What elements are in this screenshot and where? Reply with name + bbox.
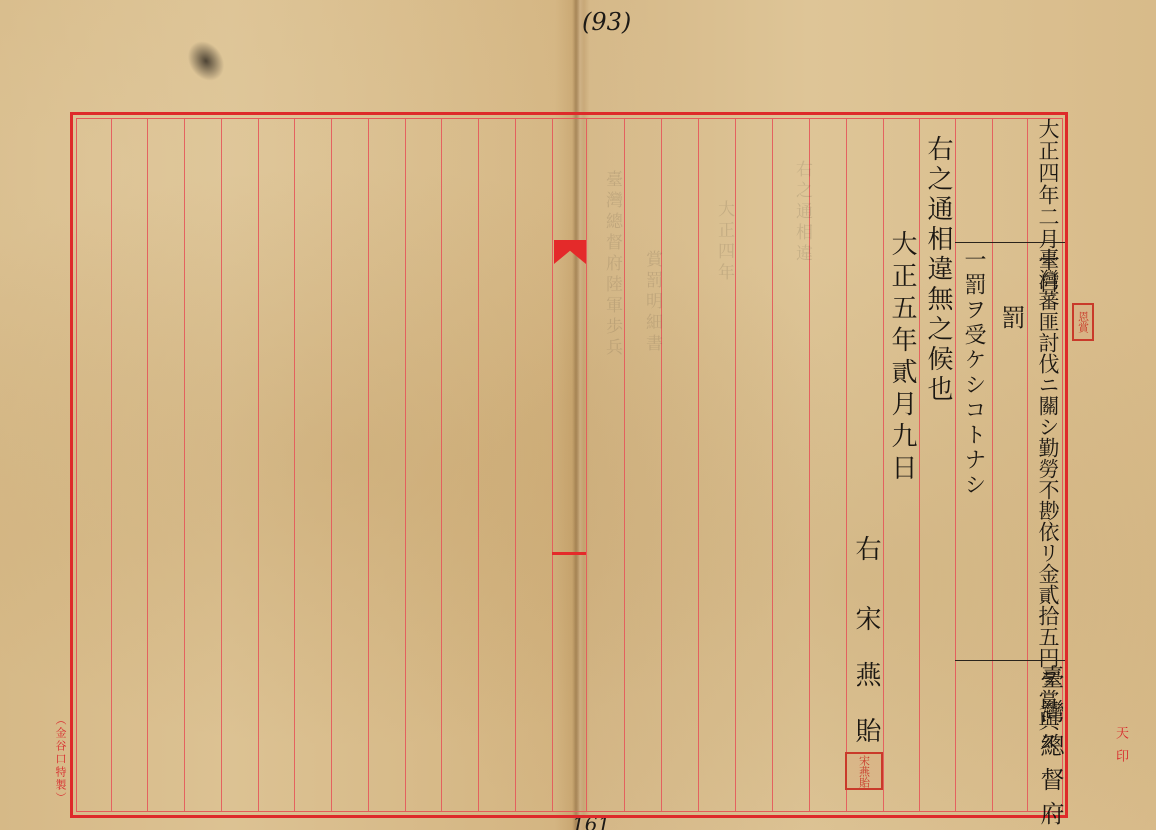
column-rule <box>1027 119 1028 811</box>
column-rule <box>586 119 587 811</box>
column-rule <box>405 119 406 811</box>
penalty-heading: 罰 <box>994 305 1029 331</box>
column-rule <box>478 119 479 811</box>
fold-mark <box>552 552 586 555</box>
issuer: 臺灣總督府 <box>1033 665 1068 830</box>
column-rule <box>992 119 993 811</box>
column-rule <box>184 119 185 811</box>
bleed-through-text: 右之通相違 <box>790 160 815 265</box>
signer-name: 宋燕貽 <box>848 605 885 773</box>
column-rule <box>441 119 442 811</box>
column-rule <box>258 119 259 811</box>
column-rule <box>772 119 773 811</box>
column-rule <box>111 119 112 811</box>
signing-date: 大正五年貳月九日 <box>884 230 921 486</box>
column-rule <box>368 119 369 811</box>
column-rule <box>221 119 222 811</box>
signer-seal: 宋燕貽 <box>845 752 883 790</box>
penalty-item: 一罰ヲ受ケシコトナシ <box>958 248 989 498</box>
reward-seal: 恩賞 <box>1072 303 1094 341</box>
page-number-top: (93) <box>582 8 631 36</box>
column-rule <box>294 119 295 811</box>
column-rule <box>515 119 516 811</box>
closing-statement: 右之通相違無之候也 <box>920 135 957 405</box>
column-rule <box>846 119 847 811</box>
bleed-through-text: 賞罰明細書 <box>640 250 665 355</box>
signer-label: 右 <box>848 535 885 563</box>
column-rule <box>552 119 553 811</box>
column-rule <box>661 119 662 811</box>
bleed-through-text: 大正四年 <box>712 200 737 284</box>
column-rule <box>331 119 332 811</box>
column-rule <box>147 119 148 811</box>
column-rule <box>698 119 699 811</box>
margin-stamp: 天印 <box>1111 726 1130 772</box>
printer-imprint: （金谷口特製） <box>52 714 68 805</box>
bleed-through-text: 臺灣總督府陸軍歩兵 <box>600 170 625 359</box>
